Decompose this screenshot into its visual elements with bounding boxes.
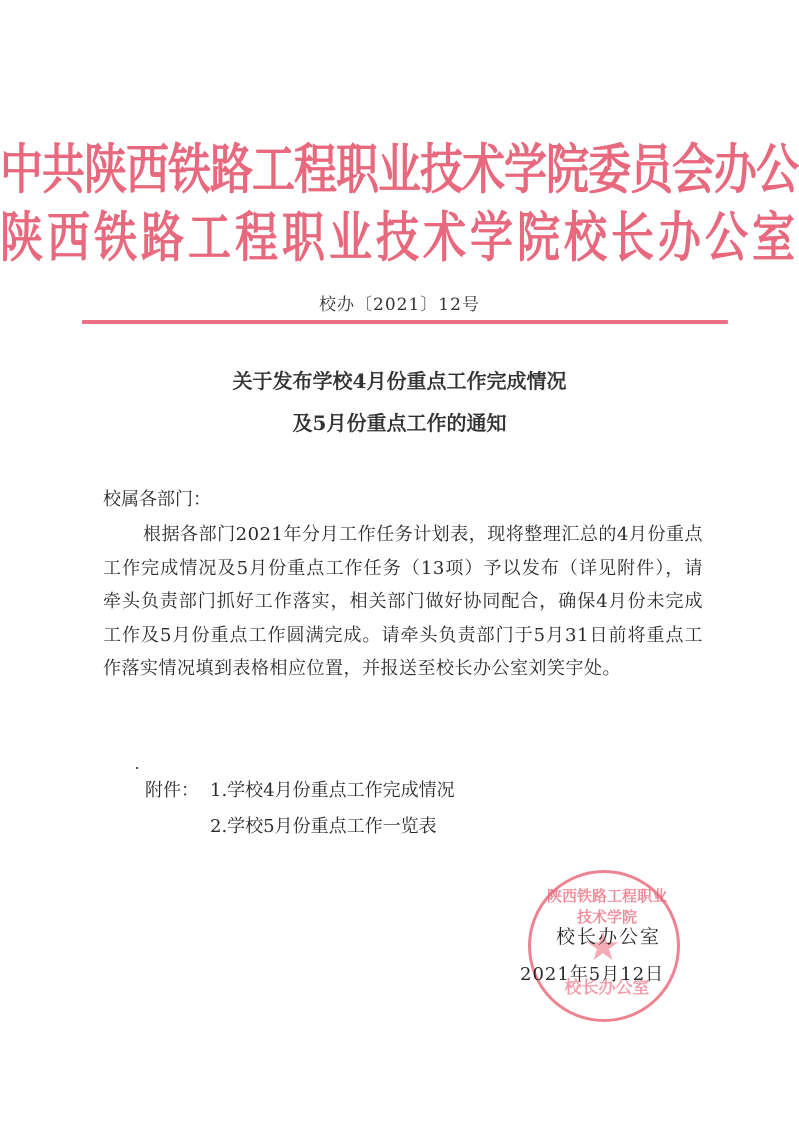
- red-divider: [82, 320, 728, 324]
- scan-speck: [136, 767, 138, 769]
- attachment-item-2: 2.学校5月份重点工作一览表: [210, 812, 437, 838]
- document-number: 校办〔2021〕12号: [0, 290, 799, 315]
- signature-date: 2021年5月12日: [520, 960, 664, 986]
- attachments-label: 附件：: [145, 776, 199, 802]
- salutation: 校属各部门：: [103, 485, 211, 511]
- header-party-office: 中共陕西铁路工程职业技术学院委员会办公室: [0, 128, 799, 204]
- body-paragraph: 根据各部门2021年分月工作任务计划表，现将整理汇总的4月份重点工作完成情况及5…: [103, 518, 703, 686]
- signature-office: 校长办公室: [556, 922, 661, 949]
- notice-title-line2: 及5月份重点工作的通知: [0, 407, 799, 436]
- header-president-office: 陕西铁路工程职业技术学院校长办公室: [0, 196, 799, 272]
- notice-title-line1: 关于发布学校4月份重点工作完成情况: [0, 365, 799, 394]
- attachment-item-1: 1.学校4月份重点工作完成情况: [210, 776, 455, 802]
